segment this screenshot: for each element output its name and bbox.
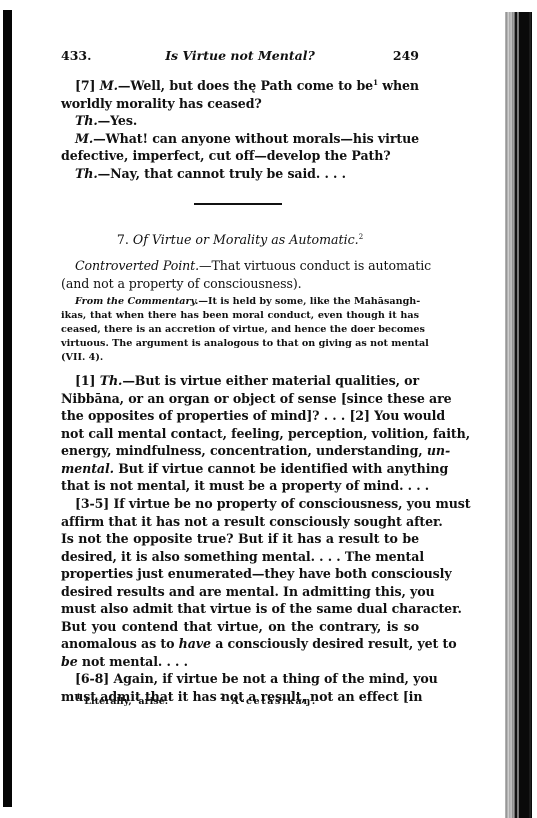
- paragraph-line: Is not the opposite true? But if it has …: [61, 530, 419, 548]
- running-title: Is Virtue not Mental?: [61, 48, 419, 63]
- speaker: Th.: [75, 113, 98, 128]
- scan-right-page-edges: [505, 12, 532, 818]
- text: —What! can anyone without morals—his vir…: [93, 131, 419, 146]
- speaker: Th.: [75, 166, 98, 181]
- text: —That virtuous conduct is automatic: [199, 258, 431, 273]
- text: a consciously desired result, yet to: [211, 636, 457, 651]
- paragraph-line: [1] Th.—But is virtue either material qu…: [61, 372, 419, 390]
- text: —It is held by some, like the Mahāsangh-: [198, 296, 420, 307]
- text: But if virtue cannot be identified with …: [114, 461, 448, 476]
- footnote-text: A-cetasikaŋ.: [226, 696, 316, 707]
- controverted-line: Controverted Point.—That virtuous conduc…: [61, 257, 419, 275]
- italic-text: have: [179, 636, 211, 651]
- paragraph-line: anomalous as to have a consciously desir…: [61, 635, 419, 653]
- section-heading-number: 7.: [117, 232, 133, 247]
- paragraph-line: properties just enumerated—they have bot…: [61, 565, 419, 583]
- italic-text: mental.: [61, 461, 114, 476]
- section-heading: 7. Of Virtue or Morality as Automatic.2: [61, 232, 419, 247]
- paragraph-line: But you contend that virtue, on the cont…: [61, 618, 419, 636]
- controverted-line: (and not a property of consciousness).: [61, 275, 419, 293]
- dialogue-line: [7] M.—Well, but does thę Path come to b…: [61, 77, 419, 95]
- paragraph-ref: [7]: [75, 78, 100, 93]
- commentary-block: From the Commentary.—It is held by some,…: [61, 295, 419, 365]
- commentary-label: From the Commentary.: [75, 296, 198, 307]
- page-number: 249: [393, 48, 419, 63]
- section-heading-title: Of Virtue or Morality as Automatic.: [133, 232, 359, 247]
- speaker: Th.: [100, 373, 123, 388]
- paragraph-line: [6-8] Again, if virtue be not a thing of…: [61, 670, 419, 688]
- text: energy, mindfulness, concentration, unde…: [61, 443, 423, 458]
- paragraph-line: not call mental contact, feeling, percep…: [61, 425, 419, 443]
- commentary-line: ceased, there is an accretion of virtue,…: [61, 323, 419, 337]
- dialogue-line: Th.—Nay, that cannot truly be said. . . …: [61, 165, 419, 183]
- section-divider: [194, 203, 282, 205]
- text: —But is virtue either material qualities…: [122, 373, 419, 388]
- scan-left-binding-edge: [3, 10, 12, 807]
- controverted-label: Controverted Point.: [75, 258, 199, 273]
- italic-text: un-: [427, 443, 450, 458]
- dialogue-line: defective, imperfect, cut off—develop th…: [61, 147, 419, 165]
- paragraph-line: affirm that it has not a result consciou…: [61, 513, 419, 531]
- footnote-1: 1 Literally, ‘arise.’: [76, 696, 171, 707]
- footnote-2: 2 A-cetasikaŋ.: [220, 696, 317, 707]
- footnote-text: Literally, ‘arise.’: [81, 696, 172, 707]
- paragraph-1: [1] Th.—But is virtue either material qu…: [61, 372, 419, 495]
- text: not mental. . . .: [78, 654, 188, 669]
- commentary-line: virtuous. The argument is analogous to t…: [61, 337, 419, 351]
- text: —Nay, that cannot truly be said. . . .: [98, 166, 346, 181]
- paragraph-line: Nibbāna, or an organ or object of sense …: [61, 390, 419, 408]
- commentary-line: (VII. 4).: [61, 351, 419, 365]
- dialogue-line: Th.—Yes.: [61, 112, 419, 130]
- paragraph-ref: [1]: [75, 373, 100, 388]
- dialogue-line: worldly morality has ceased?: [61, 95, 419, 113]
- paragraph-line: mental. But if virtue cannot be identifi…: [61, 460, 419, 478]
- text: when: [378, 78, 419, 93]
- paragraph-2: [3-5] If virtue be no property of consci…: [61, 495, 419, 670]
- text: —Yes.: [98, 113, 137, 128]
- paragraph-line: desired results and are mental. In admit…: [61, 583, 419, 601]
- speaker: M.: [75, 131, 93, 146]
- footnote-ref: 2: [359, 233, 363, 241]
- paragraph-line: energy, mindfulness, concentration, unde…: [61, 442, 419, 460]
- paragraph-line: be not mental. . . .: [61, 653, 419, 671]
- dialogue-block: [7] M.—Well, but does thę Path come to b…: [61, 77, 419, 182]
- controverted-point: Controverted Point.—That virtuous conduc…: [61, 257, 419, 292]
- text: anomalous as to: [61, 636, 179, 651]
- speaker: M.: [100, 78, 118, 93]
- commentary-line: From the Commentary.—It is held by some,…: [61, 295, 419, 309]
- commentary-line: ikas, that when there has been moral con…: [61, 309, 419, 323]
- paragraph-line: desired, it is also something mental. . …: [61, 548, 419, 566]
- text: —Well, but does thę Path come to be: [118, 78, 373, 93]
- paragraph-line: that is not mental, it must be a propert…: [61, 477, 419, 495]
- paragraph-line: must also admit that virtue is of the sa…: [61, 600, 419, 618]
- italic-text: be: [61, 654, 78, 669]
- paragraph-line: [3-5] If virtue be no property of consci…: [61, 495, 419, 513]
- dialogue-line: M.—What! can anyone without morals—his v…: [61, 130, 419, 148]
- running-head: 433. Is Virtue not Mental? 249: [61, 48, 419, 66]
- paragraph-line: the opposites of properties of mind]? . …: [61, 407, 419, 425]
